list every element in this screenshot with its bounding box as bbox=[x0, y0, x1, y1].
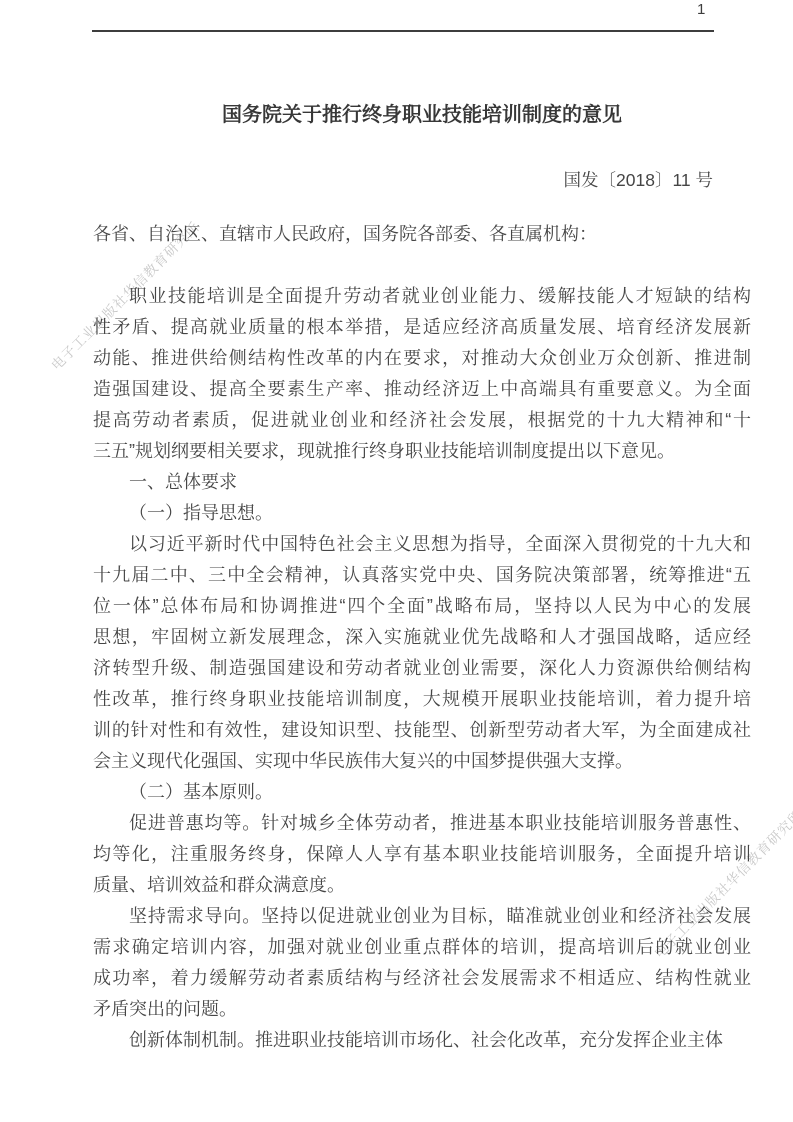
document-number: 国发〔2018〕11 号 bbox=[93, 167, 713, 192]
body-line: 性矛盾、提高就业质量的根本举措，是适应经济高质量发展、培育经济发展新 bbox=[93, 312, 751, 343]
paragraph: 创新体制机制。推进职业技能培训市场化、社会化改革，充分发挥企业主体 bbox=[93, 1025, 751, 1056]
body-line: 促进普惠均等。针对城乡全体劳动者，推进基本职业技能培训服务普惠性、 bbox=[93, 808, 751, 839]
body-line: 会主义现代化强国、实现中华民族伟大复兴的中国梦提供强大支撑。 bbox=[93, 746, 751, 777]
body-line: 均等化，注重服务终身，保障人人享有基本职业技能培训服务，全面提升培训 bbox=[93, 839, 751, 870]
paragraph: 以习近平新时代中国特色社会主义思想为指导，全面深入贯彻党的十九大和十九届二中、三… bbox=[93, 529, 751, 777]
body-line: 济转型升级、制造强国建设和劳动者就业创业需要，深化人力资源供给侧结构 bbox=[93, 653, 751, 684]
body-line: 矛盾突出的问题。 bbox=[93, 994, 751, 1025]
body-line: 成功率，着力缓解劳动者素质结构与经济社会发展需求不相适应、结构性就业 bbox=[93, 963, 751, 994]
document-page: 电子工业出版社华信教育研究所 电子工业出版社华信教育研究所 1 国务院关于推行终… bbox=[0, 0, 793, 1122]
body-line: 三五”规划纲要相关要求，现就推行终身职业技能培训制度提出以下意见。 bbox=[93, 436, 751, 467]
body-line: 造强国建设、提高全要素生产率、推动经济迈上中高端具有重要意义。为全面 bbox=[93, 374, 751, 405]
body-line: 训的针对性和有效性，建设知识型、技能型、创新型劳动者大军，为全面建成社 bbox=[93, 715, 751, 746]
body-line: 十九届二中、三中全会精神，认真落实党中央、国务院决策部署，统筹推进“五 bbox=[93, 560, 751, 591]
body-line: 坚持需求导向。坚持以促进就业创业为目标，瞄准就业创业和经济社会发展 bbox=[93, 901, 751, 932]
body-line: 创新体制机制。推进职业技能培训市场化、社会化改革，充分发挥企业主体 bbox=[93, 1025, 751, 1056]
paragraph: 坚持需求导向。坚持以促进就业创业为目标，瞄准就业创业和经济社会发展需求确定培训内… bbox=[93, 901, 751, 1025]
body-line: 需求确定培训内容，加强对就业创业重点群体的培训，提高培训后的就业创业 bbox=[93, 932, 751, 963]
page-number: 1 bbox=[697, 1, 705, 18]
body-line: （一）指导思想。 bbox=[93, 498, 751, 529]
body-line: 性改革，推行终身职业技能培训制度，大规模开展职业技能培训，着力提升培 bbox=[93, 684, 751, 715]
salutation: 各省、自治区、直辖市人民政府，国务院各部委、各直属机构： bbox=[93, 219, 751, 250]
body-line: 提高劳动者素质，促进就业创业和经济社会发展，根据党的十九大精神和“十 bbox=[93, 405, 751, 436]
section-heading: （二）基本原则。 bbox=[93, 777, 751, 808]
body-line: 位一体”总体布局和协调推进“四个全面”战略布局，坚持以人民为中心的发展 bbox=[93, 591, 751, 622]
body-line: （二）基本原则。 bbox=[93, 777, 751, 808]
paragraph: 促进普惠均等。针对城乡全体劳动者，推进基本职业技能培训服务普惠性、均等化，注重服… bbox=[93, 808, 751, 901]
body-line: 职业技能培训是全面提升劳动者就业创业能力、缓解技能人才短缺的结构 bbox=[93, 281, 751, 312]
paragraph: 职业技能培训是全面提升劳动者就业创业能力、缓解技能人才短缺的结构性矛盾、提高就业… bbox=[93, 281, 751, 467]
body-line: 一、总体要求 bbox=[93, 467, 751, 498]
body-line: 质量、培训效益和群众满意度。 bbox=[93, 870, 751, 901]
body-line: 思想，牢固树立新发展理念，深入实施就业优先战略和人才强国战略，适应经 bbox=[93, 622, 751, 653]
header-rule bbox=[92, 30, 714, 32]
document-body: 各省、自治区、直辖市人民政府，国务院各部委、各直属机构： 职业技能培训是全面提升… bbox=[93, 219, 751, 1056]
section-heading: （一）指导思想。 bbox=[93, 498, 751, 529]
body-line: 动能、推进供给侧结构性改革的内在要求，对推动大众创业万众创新、推进制 bbox=[93, 343, 751, 374]
document-title: 国务院关于推行终身职业技能培训制度的意见 bbox=[93, 98, 751, 127]
section-heading: 一、总体要求 bbox=[93, 467, 751, 498]
body-paragraphs: 职业技能培训是全面提升劳动者就业创业能力、缓解技能人才短缺的结构性矛盾、提高就业… bbox=[93, 281, 751, 1056]
body-line: 以习近平新时代中国特色社会主义思想为指导，全面深入贯彻党的十九大和 bbox=[93, 529, 751, 560]
